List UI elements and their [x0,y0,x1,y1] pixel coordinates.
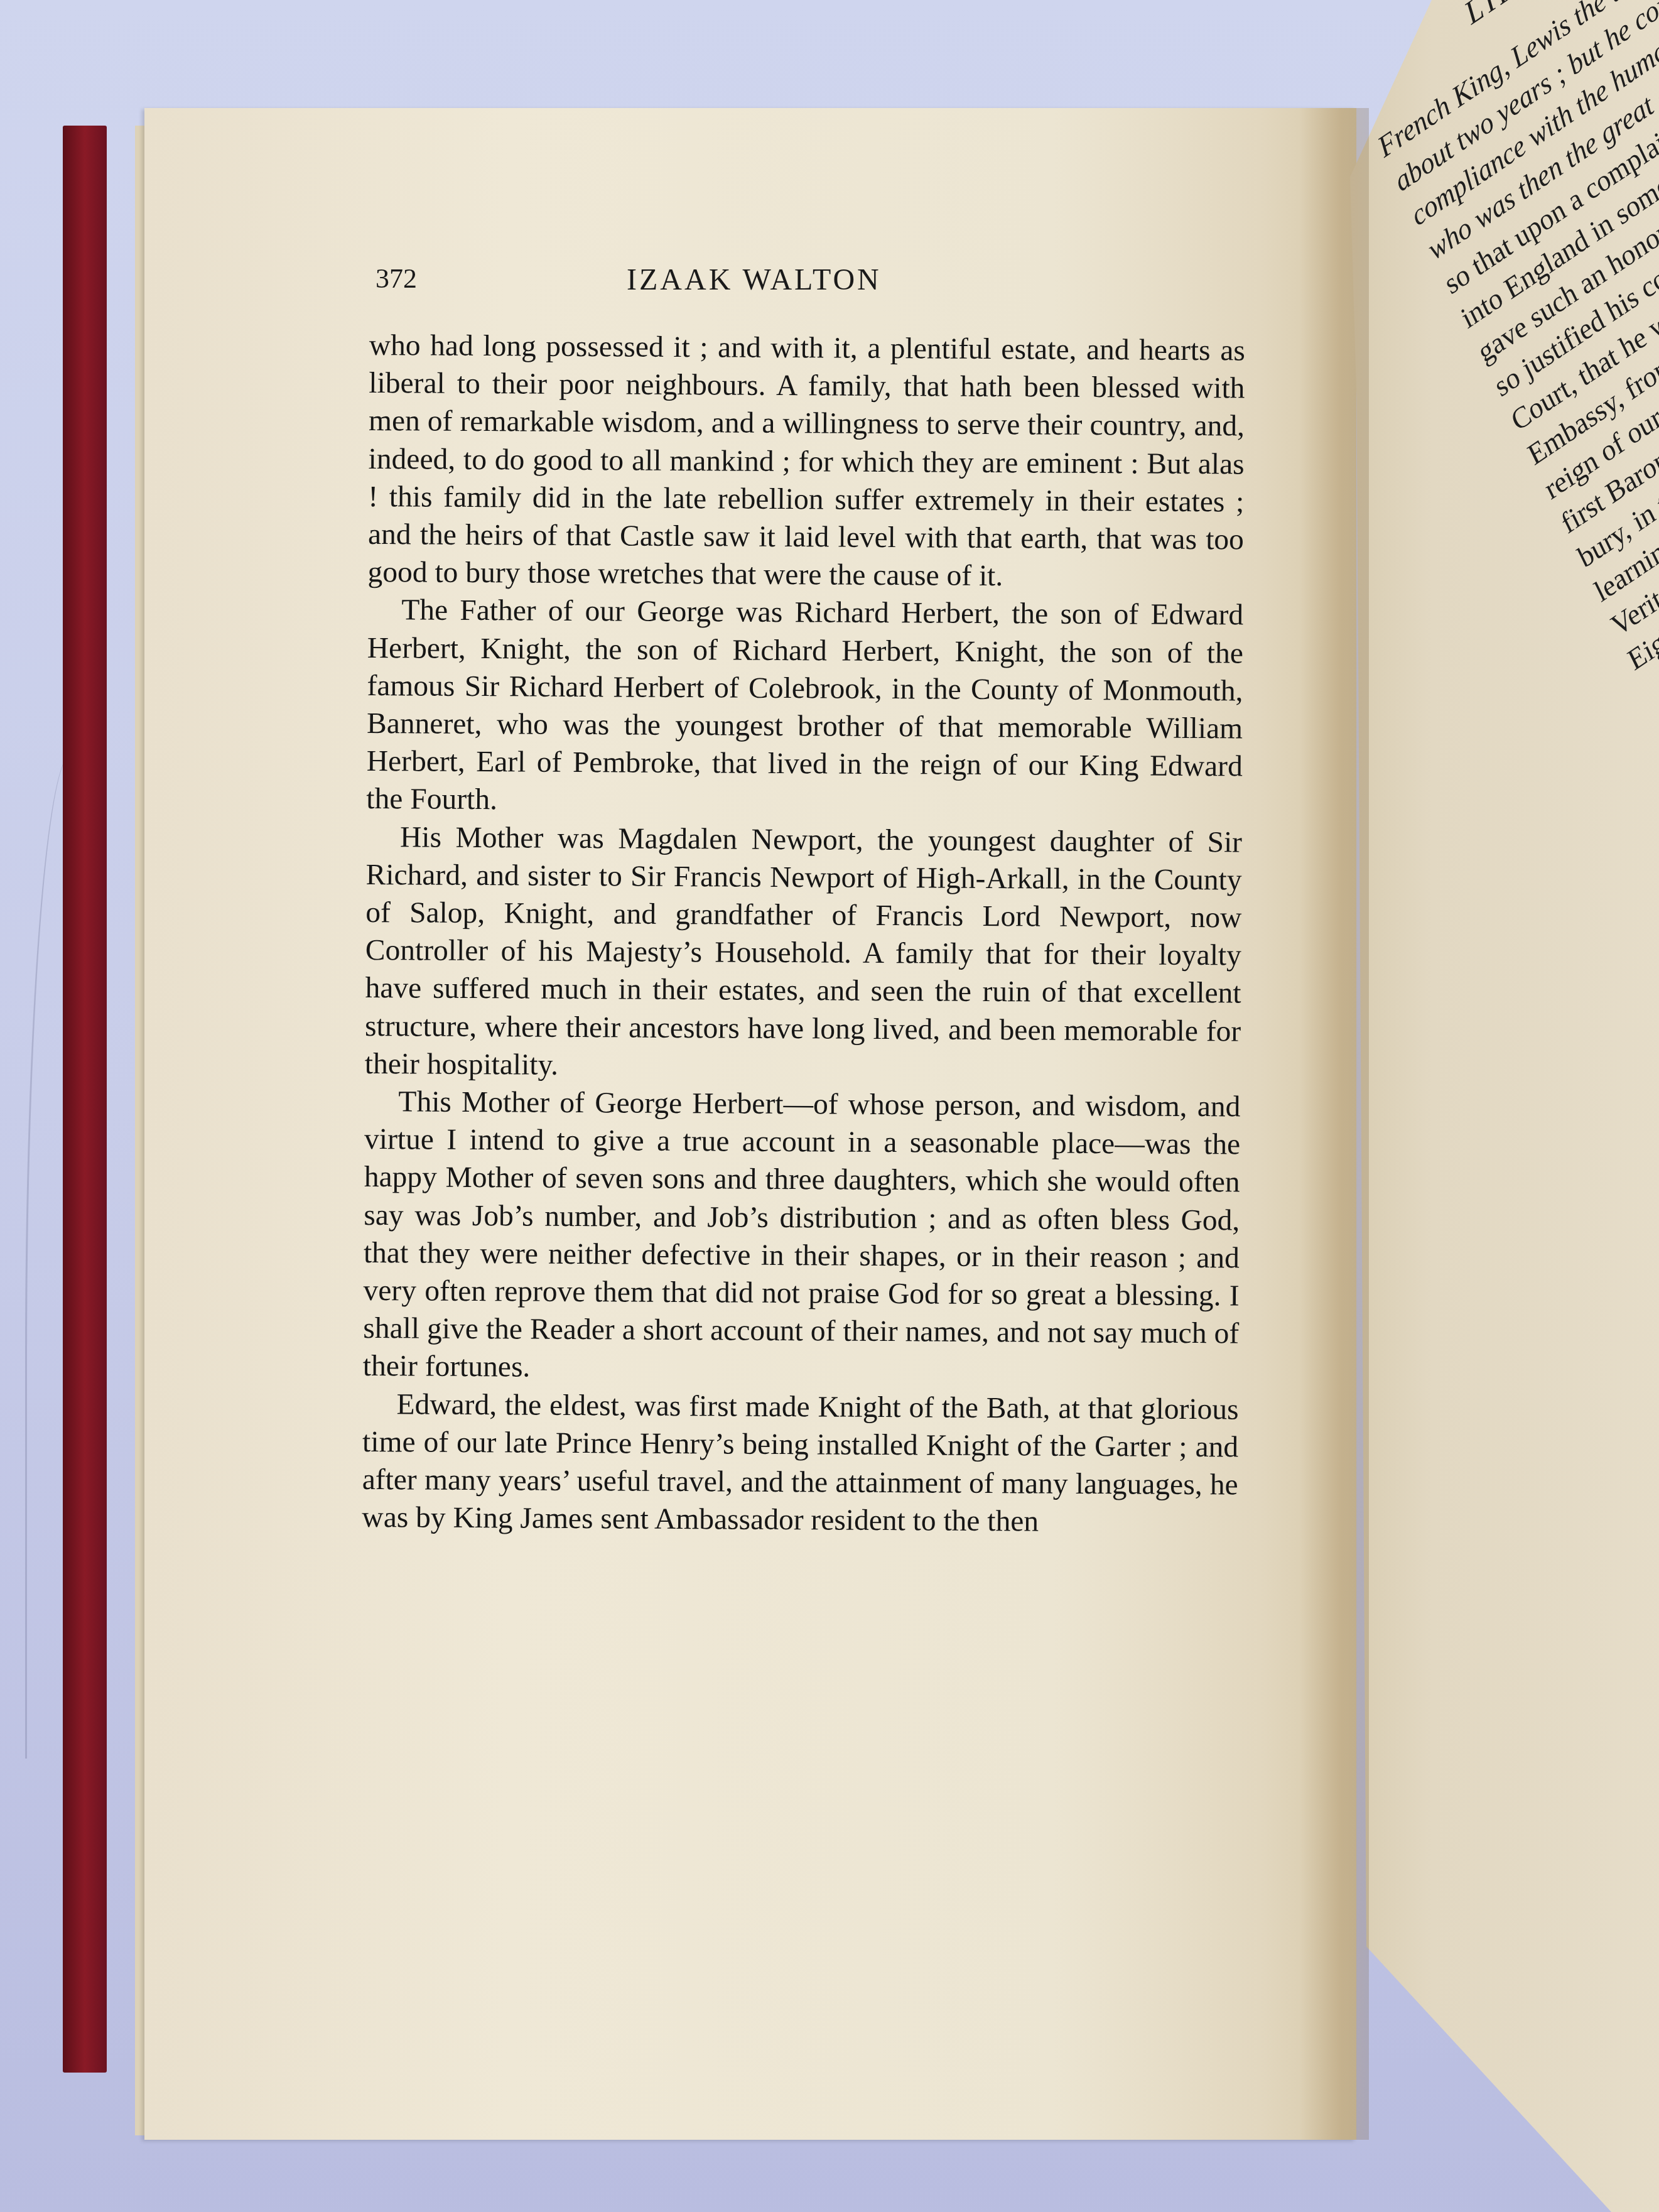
paragraph-4: This Mother of George Herbert—of whose p… [363,1083,1241,1391]
book-gutter [1300,108,1369,2140]
running-head-title: IZAAK WALTON [627,263,882,297]
paragraph-5: Edward, the eldest, was first made Knigh… [362,1385,1238,1542]
left-page-running-head: 372 IZAAK WALTON [376,263,1242,313]
book-cover-red-binding [63,126,107,2073]
paragraph-3: His Mother was Magdalen Newport, the you… [365,818,1243,1088]
page-number: 372 [376,263,417,295]
paragraph-1: who had long possessed it ; and with it,… [367,327,1245,597]
paragraph-2: The Father of our George was Richard Her… [366,591,1243,823]
left-page-body: who had long possessed it ; and with it,… [362,327,1245,1542]
